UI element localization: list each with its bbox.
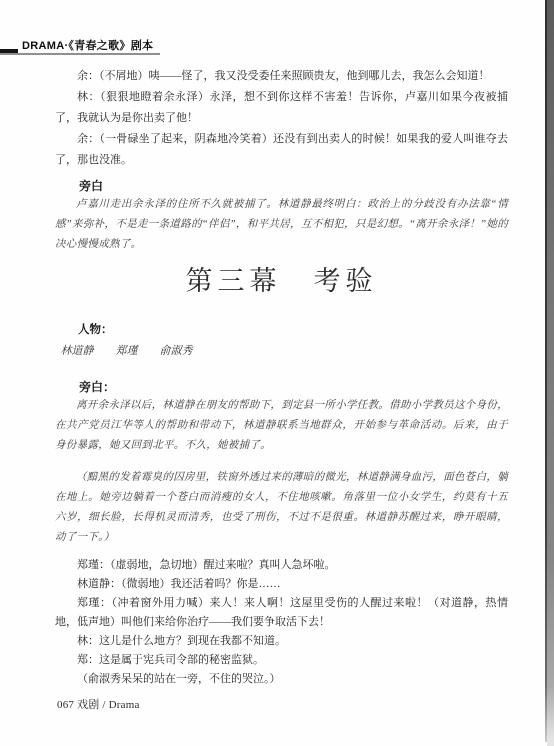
act-title: 第三幕 考验: [55, 263, 508, 299]
cast-heading: 人物：: [55, 321, 508, 339]
dialogue-line: 余：（不屑地）咦——怪了，我又没受委任来照顾贵友，他到哪儿去，我怎么会知道！: [55, 66, 508, 87]
narration-paragraph: 离开余永泽以后，林道静在朋友的帮助下，到定县一所小学任教。借助小学教员这个身份，…: [55, 396, 508, 456]
cast-list: 林道静 郑瑾 俞淑秀: [55, 342, 508, 360]
dialogue-line: 郑瑾：（虚弱地，急切地）醒过来啦？真叫人急坏啦。: [55, 556, 508, 575]
narration-heading: 旁白：: [55, 378, 508, 396]
dialogue-line: 郑：这是属于宪兵司令部的秘密监狱。: [55, 651, 508, 670]
dialogue-line: 林：这儿是什么地方？到现在我都不知道。: [55, 632, 508, 651]
scan-edge-shadow: [547, 0, 554, 746]
page-number: 067: [57, 699, 74, 711]
dialogue-line: 郑瑾：（冲着窗外用力喊）来人！来人啊！这屋里受伤的人醒过来啦！（对道静，热情地，…: [55, 594, 508, 632]
narration-heading: 旁白: [55, 177, 508, 195]
footer-section-en: Drama: [109, 699, 140, 711]
dialogue-line: 林道静：（微弱地）我还活着吗？你是……: [55, 575, 508, 594]
footer-section-cn: 戏剧: [77, 699, 99, 711]
footer-separator: /: [102, 699, 105, 711]
page-body: 余：（不屑地）咦——怪了，我又没受委任来照顾贵友，他到哪儿去，我怎么会知道！ 林…: [55, 0, 508, 689]
stage-direction-inline: （俞淑秀呆呆的站在一旁，不住的哭泣。）: [55, 670, 508, 689]
stage-direction: （黯黑的发着霉臭的囚房里，铁窗外透过来的薄暗的微光，林道静满身血污，面色苍白，躺…: [55, 468, 508, 548]
page-footer: 067 戏剧 / Drama: [57, 696, 140, 712]
dialogue-line: 余：（一骨碌坐了起来，阴森地冷笑着）还没有到出卖人的时候！如果我的爱人叫谁夺去了…: [55, 129, 508, 171]
dialogue-line: 林：（狠狠地瞪着余永泽）永泽，想不到你这样不害羞！告诉你，卢嘉川如果今夜被捕了，…: [55, 87, 508, 129]
narration-paragraph: 卢嘉川走出余永泽的住所不久就被捕了。林道静最终明白：政治上的分歧没有办法靠“情感…: [55, 195, 508, 255]
scanned-script-page: DRAMA·《青春之歌》剧本 余：（不屑地）咦——怪了，我又没受委任来照顾贵友，…: [0, 0, 554, 746]
